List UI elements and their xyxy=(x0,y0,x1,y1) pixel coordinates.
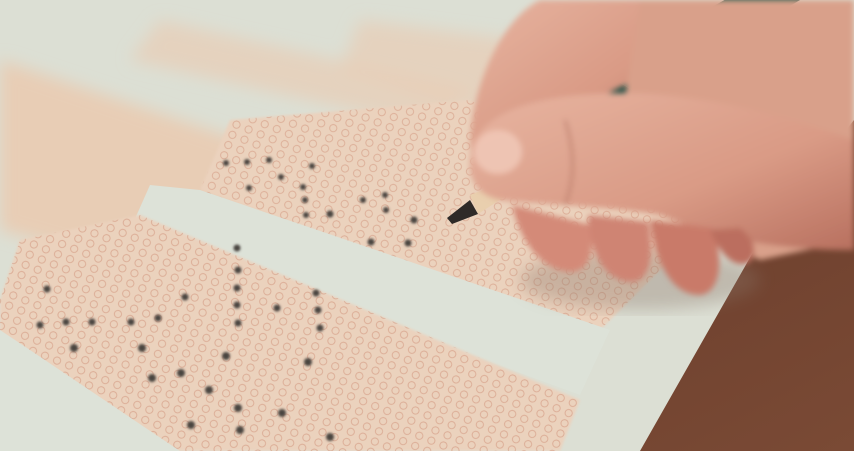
answer-sheet-photo xyxy=(0,0,854,451)
photo-scene xyxy=(0,0,854,451)
